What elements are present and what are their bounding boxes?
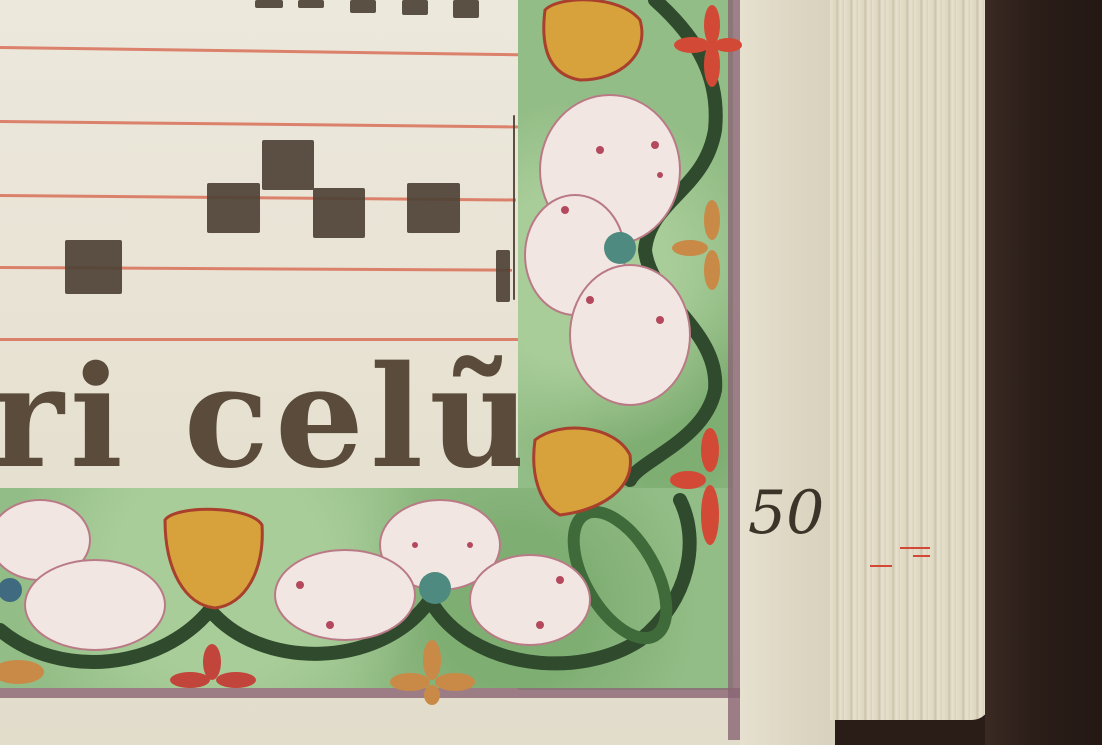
white-flower-right (525, 95, 690, 405)
red-flower-bottom (170, 644, 256, 688)
manuscript-photo: ri celũ: (0, 0, 1102, 745)
ruling-marks (870, 548, 930, 566)
ochre-flower-bottom (390, 640, 475, 705)
red-flower-top (674, 5, 742, 87)
folio-number: 50 (748, 478, 824, 548)
tulip-right (534, 428, 631, 515)
ochre-flower-right (672, 200, 720, 290)
ochre-flower-left (0, 660, 44, 684)
white-flower-left (0, 500, 165, 650)
tulip-bottom (165, 509, 262, 608)
white-flower-bottom (275, 500, 590, 645)
tulip-top (544, 0, 642, 80)
floral-decoration (0, 0, 1102, 745)
